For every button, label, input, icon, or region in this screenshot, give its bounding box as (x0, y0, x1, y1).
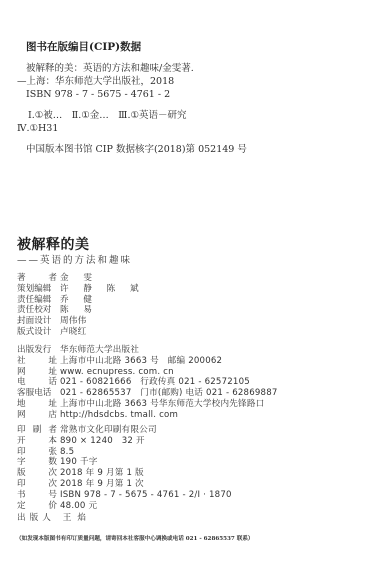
credit-label: 策划编辑 (17, 284, 57, 295)
print-value: 190 千字 (60, 457, 98, 468)
credit-label: 版式设计 (17, 327, 57, 338)
cip-classification-1: Ⅰ.①被… Ⅱ.①金… Ⅲ.①英语－研究 (28, 109, 356, 122)
credit-label: 责任编辑 (17, 295, 57, 306)
credit-row-proofreader: 责任校对 陈 易 (17, 305, 145, 316)
pub-row-website: 网址 www. ecnupress. com. cn (17, 367, 278, 378)
print-value: 8.5 (60, 447, 74, 458)
print-value: 2018 年 9 月第 1 版 (60, 468, 144, 479)
print-row-word-count: 字数 190 千字 (17, 457, 232, 468)
print-row-sheets: 印张 8.5 (17, 447, 232, 458)
cip-core-number: 中国版本图书馆 CIP 数据核字(2018)第 052149 号 (26, 143, 356, 156)
pub-label: 社址 (17, 356, 57, 367)
credit-value: 金 雯 (60, 273, 98, 284)
credit-value: 周伟伟 (60, 316, 86, 327)
credit-row-author: 著者 金 雯 (17, 273, 145, 284)
print-value: 48.00 元 (60, 501, 97, 512)
pub-row-address: 社址 上海市中山北路 3663 号 邮编 200062 (17, 356, 278, 367)
print-row-edition: 版次 2018 年 9 月第 1 版 (17, 468, 232, 479)
print-label: 印刷者 (17, 425, 57, 436)
pub-label: 客服电话 (17, 388, 57, 399)
pub-value: www. ecnupress. com. cn (60, 367, 174, 378)
print-value: ISBN 978 - 7 - 5675 - 4761 - 2/I · 1870 (60, 490, 232, 501)
pub-label: 网址 (17, 367, 57, 378)
pub-label: 地址 (17, 399, 57, 410)
print-value: 2018 年 9 月第 1 次 (60, 479, 144, 490)
credit-label: 封面设计 (17, 316, 57, 327)
print-label: 字数 (17, 457, 57, 468)
credit-value: 许 静 陈 斌 (60, 284, 145, 295)
book-subtitle: ——英语的方法和趣味 (17, 255, 132, 267)
print-row-price: 定价 48.00 元 (17, 501, 232, 512)
credit-value: 卢晓红 (60, 327, 86, 338)
pub-row-phone: 电话 021 - 60821666 行政传真 021 - 62572105 (17, 377, 278, 388)
print-label: 印张 (17, 447, 57, 458)
pub-value: 021 - 62865537 门市(邮购) 电话 021 - 62869887 (60, 388, 278, 399)
print-label: 印次 (17, 479, 57, 490)
print-row-format: 开本 890 × 1240 32 开 (17, 436, 232, 447)
pub-row-publisher: 出版发行 华东师范大学出版社 (17, 345, 278, 356)
pub-value: 上海市中山北路 3663 号华东师范大学校内先锋路口 (60, 399, 264, 410)
pub-label: 网店 (17, 410, 57, 421)
cip-title: 图书在版编目(CIP)数据 (26, 40, 356, 54)
credit-row-layout-design: 版式设计 卢晓红 (17, 327, 145, 338)
pub-value: 上海市中山北路 3663 号 邮编 200062 (60, 356, 222, 367)
print-label: 定价 (17, 501, 57, 512)
credit-row-planning-editor: 策划编辑 许 静 陈 斌 (17, 284, 145, 295)
print-row-printer: 印刷者 常熟市文化印刷有限公司 (17, 425, 232, 436)
credit-value: 乔 健 (60, 295, 98, 306)
book-title: 被解释的美 (17, 237, 90, 253)
print-label: 版次 (17, 468, 57, 479)
credit-label: 责任校对 (17, 305, 57, 316)
credit-label: 著者 (17, 273, 57, 284)
cip-block: 图书在版编目(CIP)数据 被解释的美：英语的方法和趣味/金雯著. —上海：华东… (26, 40, 356, 156)
cip-line-isbn: ISBN 978 - 7 - 5675 - 4761 - 2 (26, 88, 356, 101)
publisher-person-label: 出版人 (17, 513, 55, 524)
credit-row-cover-design: 封面设计 周伟伟 (17, 316, 145, 327)
publishing-block: 出版发行 华东师范大学出版社 社址 上海市中山北路 3663 号 邮编 2000… (17, 345, 278, 421)
publisher-person-value: 王焰 (63, 513, 92, 524)
pub-value: http://hdsdcbs. tmall. com (60, 410, 178, 421)
quality-footnote: （如发现本版图书有印订质量问题，请寄回本社客服中心调换或电话 021 - 628… (16, 535, 254, 543)
pub-row-store-address: 地址 上海市中山北路 3663 号华东师范大学校内先锋路口 (17, 399, 278, 410)
print-value: 常熟市文化印刷有限公司 (60, 425, 157, 436)
printing-block: 印刷者 常熟市文化印刷有限公司 开本 890 × 1240 32 开 印张 8.… (17, 425, 232, 511)
publisher-person: 出版人 王焰 (17, 513, 92, 524)
pub-value: 华东师范大学出版社 (60, 345, 139, 356)
cip-classification-2: Ⅳ.①H31 (17, 122, 356, 135)
pub-label: 出版发行 (17, 345, 57, 356)
pub-row-online-store: 网店 http://hdsdcbs. tmall. com (17, 410, 278, 421)
print-row-impression: 印次 2018 年 9 月第 1 次 (17, 479, 232, 490)
credit-value: 陈 易 (60, 305, 98, 316)
pub-row-customer-service: 客服电话 021 - 62865537 门市(邮购) 电话 021 - 6286… (17, 388, 278, 399)
cip-line-publisher: —上海：华东师范大学出版社，2018 (17, 75, 356, 88)
pub-label: 电话 (17, 377, 57, 388)
cip-line-title: 被解释的美：英语的方法和趣味/金雯著. (26, 62, 356, 75)
print-label: 书号 (17, 490, 57, 501)
credit-row-responsible-editor: 责任编辑 乔 健 (17, 295, 145, 306)
credits-block: 著者 金 雯 策划编辑 许 静 陈 斌 责任编辑 乔 健 责任校对 陈 易 封面… (17, 273, 145, 338)
print-row-isbn: 书号 ISBN 978 - 7 - 5675 - 4761 - 2/I · 18… (17, 490, 232, 501)
print-value: 890 × 1240 32 开 (60, 436, 145, 447)
pub-value: 021 - 60821666 行政传真 021 - 62572105 (60, 377, 250, 388)
print-label: 开本 (17, 436, 57, 447)
